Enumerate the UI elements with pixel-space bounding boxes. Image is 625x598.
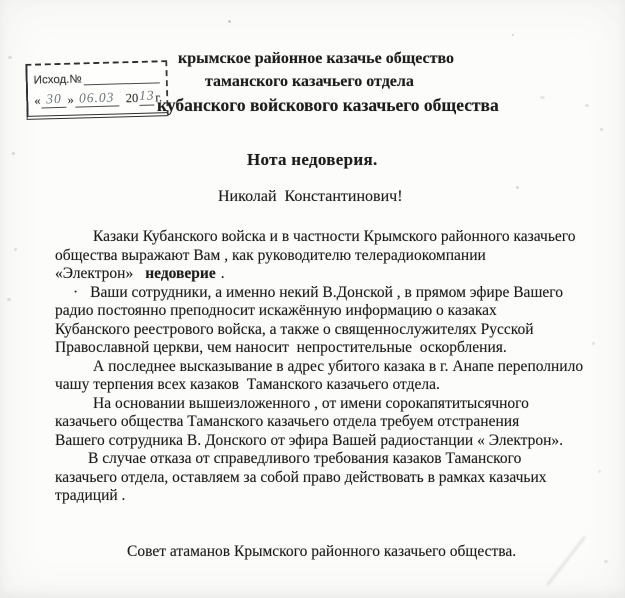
body-line: В случае отказа от справедливого требова… bbox=[55, 450, 595, 469]
scan-speck bbox=[600, 128, 603, 131]
body-line: «Электрон»недоверие. bbox=[55, 265, 595, 284]
outgoing-number-row: Исход.№ bbox=[27, 62, 166, 87]
handwritten-day: 30 bbox=[46, 92, 62, 105]
scan-speck bbox=[604, 560, 608, 563]
scan-speck bbox=[516, 186, 519, 189]
scan-speck bbox=[228, 20, 231, 23]
body-line-segment: «Электрон» bbox=[55, 265, 133, 282]
date-year-blank: 13 bbox=[139, 90, 154, 106]
scan-speck bbox=[512, 34, 514, 36]
body-line: Вашего сотрудника В. Донского от эфира В… bbox=[55, 432, 595, 451]
scan-speck bbox=[598, 470, 601, 473]
scan-speck bbox=[7, 298, 11, 301]
scan-speck bbox=[585, 104, 589, 107]
body-line: ·Ваши сотрудники, а именно некий В.Донск… bbox=[55, 284, 595, 303]
stray-dot-mark: · bbox=[55, 284, 78, 303]
body-line: Казаки Кубанского войска и в частности К… bbox=[55, 228, 595, 247]
scan-speck bbox=[14, 248, 17, 251]
date-month-blank: 06.03 bbox=[75, 90, 119, 107]
handwritten-year: 13 bbox=[139, 88, 155, 101]
scan-speck bbox=[12, 152, 15, 155]
signature-line: Совет атаманов Крымского районного казач… bbox=[127, 543, 516, 561]
scanned-letter-page: Исход.№ « 30 » 06.03 20 13 г. крымское р… bbox=[0, 0, 625, 598]
body-line: А последнее высказывание в адрес убитого… bbox=[55, 358, 595, 377]
distrust-word-bold: недоверие bbox=[145, 265, 216, 282]
body-line-segment: . bbox=[221, 265, 225, 282]
body-line: радио постоянно преподносит искажённую и… bbox=[55, 302, 595, 321]
scan-speck bbox=[592, 342, 595, 345]
stamp-date-row: « 30 » 06.03 20 13 г. bbox=[28, 83, 167, 109]
letter-body: Казаки Кубанского войска и в частности К… bbox=[55, 228, 595, 506]
body-line: казачьего отдела, оставляем за собой пра… bbox=[55, 469, 595, 488]
body-line: Православной церкви, чем наносит непрост… bbox=[55, 339, 595, 358]
letterhead-line-3: кубанского войскового казачьего общества bbox=[157, 95, 499, 116]
outgoing-stamp-box: Исход.№ « 30 » 06.03 20 13 г. bbox=[25, 60, 168, 120]
handwritten-month: 06.03 bbox=[79, 91, 115, 105]
outgoing-number-blank-line bbox=[84, 69, 160, 85]
scan-speck bbox=[540, 96, 545, 99]
body-line: чашу терпения всех казаков Таманского ка… bbox=[55, 376, 595, 395]
body-line: На основании вышеизложенного , от имени … bbox=[55, 395, 595, 414]
body-line: традиций . bbox=[55, 487, 595, 506]
body-line-segment: Ваши сотрудники, а именно некий В.Донско… bbox=[90, 284, 563, 301]
body-line: общества выражают Вам , как руководителю… bbox=[55, 247, 595, 266]
date-year-prefix: 20 bbox=[125, 91, 140, 106]
scan-speck bbox=[8, 56, 12, 59]
date-day-blank: 30 bbox=[41, 92, 66, 109]
body-line: казачьего общества Таманского казачьего … bbox=[55, 413, 595, 432]
salutation: Николай Константинович! bbox=[218, 188, 403, 206]
letterhead-line-2: таманского казачьего отдела bbox=[205, 73, 414, 91]
document-title: Нота недоверия. bbox=[247, 150, 378, 170]
body-line: Кубанского реестрового войска, а также о… bbox=[55, 321, 595, 340]
letterhead-line-1: крымское районное казачье общество bbox=[178, 50, 454, 68]
scan-scratch-mark bbox=[546, 536, 586, 586]
outgoing-number-label: Исход.№ bbox=[34, 73, 82, 86]
